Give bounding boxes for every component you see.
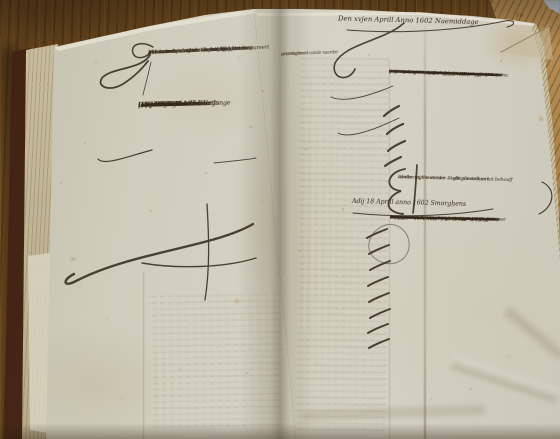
photo-of-open-manuscript-book: Inde eerste vergaderinghe zijn ghecompar…: [0, 0, 560, 439]
margin-note-line: penninghen —: [281, 50, 310, 57]
page-crease: [143, 272, 144, 439]
folio-number: 16: [516, 12, 524, 19]
foxing-stains: [0, 0, 2, 2]
bottom-edge-shadow: [0, 423, 560, 439]
page-crease: [424, 26, 426, 439]
page-crease: [389, 60, 390, 439]
name-entry: Nicolaes Cornelisz de Jonge: [145, 99, 231, 112]
